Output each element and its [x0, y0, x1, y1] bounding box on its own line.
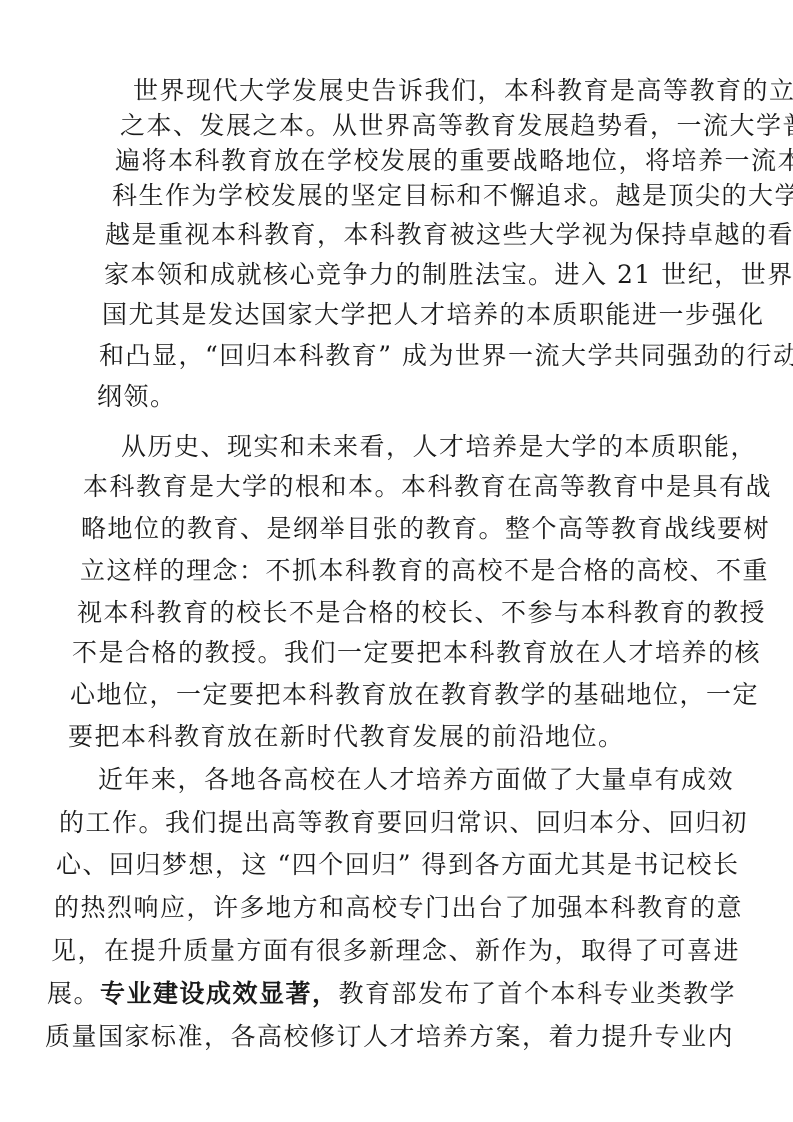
text-line: 和凸显，“回归本科教育” 成为世界一流大学共同强劲的行动 — [99, 341, 793, 371]
text-span: 展。 — [47, 979, 100, 1008]
text-line: 近年来，各地各高校在人才培养方面做了大量卓有成效 — [98, 765, 734, 795]
text-line: 视本科教育的校长不是合格的校长、不参与本科教育的教授 — [77, 598, 766, 628]
text-line: 从历史、现实和未来看，人才培养是大学的本质职能， — [121, 432, 757, 462]
text-line: 纲领。 — [97, 382, 177, 412]
text-line: 遍将本科教育放在学校发展的重要战略地位，将培养一流本 — [115, 146, 793, 176]
text-line: 越是重视本科教育，本科教育被这些大学视为保持卓越的看 — [105, 220, 793, 250]
text-line-with-emphasis: 展。专业建设成效显著，教育部发布了首个本科专业类教学 — [47, 979, 736, 1009]
text-line: 略地位的教育、是纲举目张的教育。整个高等教育战线要树 — [81, 514, 770, 544]
text-line: 的工作。我们提出高等教育要回归常识、回归本分、回归初 — [59, 808, 748, 838]
text-line: 之本、发展之本。从世界高等教育发展趋势看，一流大学普 — [120, 111, 793, 141]
text-line: 本科教育是大学的根和本。本科教育在高等教育中是具有战 — [83, 472, 772, 502]
text-line: 立这样的理念：不抓本科教育的高校不是合格的高校、不重 — [80, 556, 769, 586]
text-line: 心地位，一定要把本科教育放在教育教学的基础地位，一定 — [70, 680, 759, 710]
text-line: 的热烈响应，许多地方和高校专门出台了加强本科教育的意 — [54, 893, 743, 923]
text-line: 见，在提升质量方面有很多新理念、新作为，取得了可喜进 — [51, 936, 740, 966]
text-line: 质量国家标准，各高校修订人才培养方案，着力提升专业内 — [45, 1022, 734, 1052]
text-line: 家本领和成就核心竞争力的制胜法宝。进入 21 世纪，世界各 — [104, 260, 793, 290]
text-line: 世界现代大学发展史告诉我们，本科教育是高等教育的立命 — [133, 76, 793, 106]
emphasis-heading: 专业建设成效显著， — [100, 979, 339, 1008]
text-line: 不是合格的教授。我们一定要把本科教育放在人才培养的核 — [72, 638, 761, 668]
text-line: 国尤其是发达国家大学把人才培养的本质职能进一步强化 — [102, 300, 765, 330]
text-span: 教育部发布了首个本科专业类教学 — [339, 979, 737, 1008]
text-line: 心、回归梦想，这 “四个回归” 得到各方面尤其是书记校长 — [56, 850, 739, 880]
text-line: 要把本科教育放在新时代教育发展的前沿地位。 — [68, 722, 625, 752]
text-line: 科生作为学校发展的坚定目标和不懈追求。越是顶尖的大学， — [112, 181, 793, 211]
